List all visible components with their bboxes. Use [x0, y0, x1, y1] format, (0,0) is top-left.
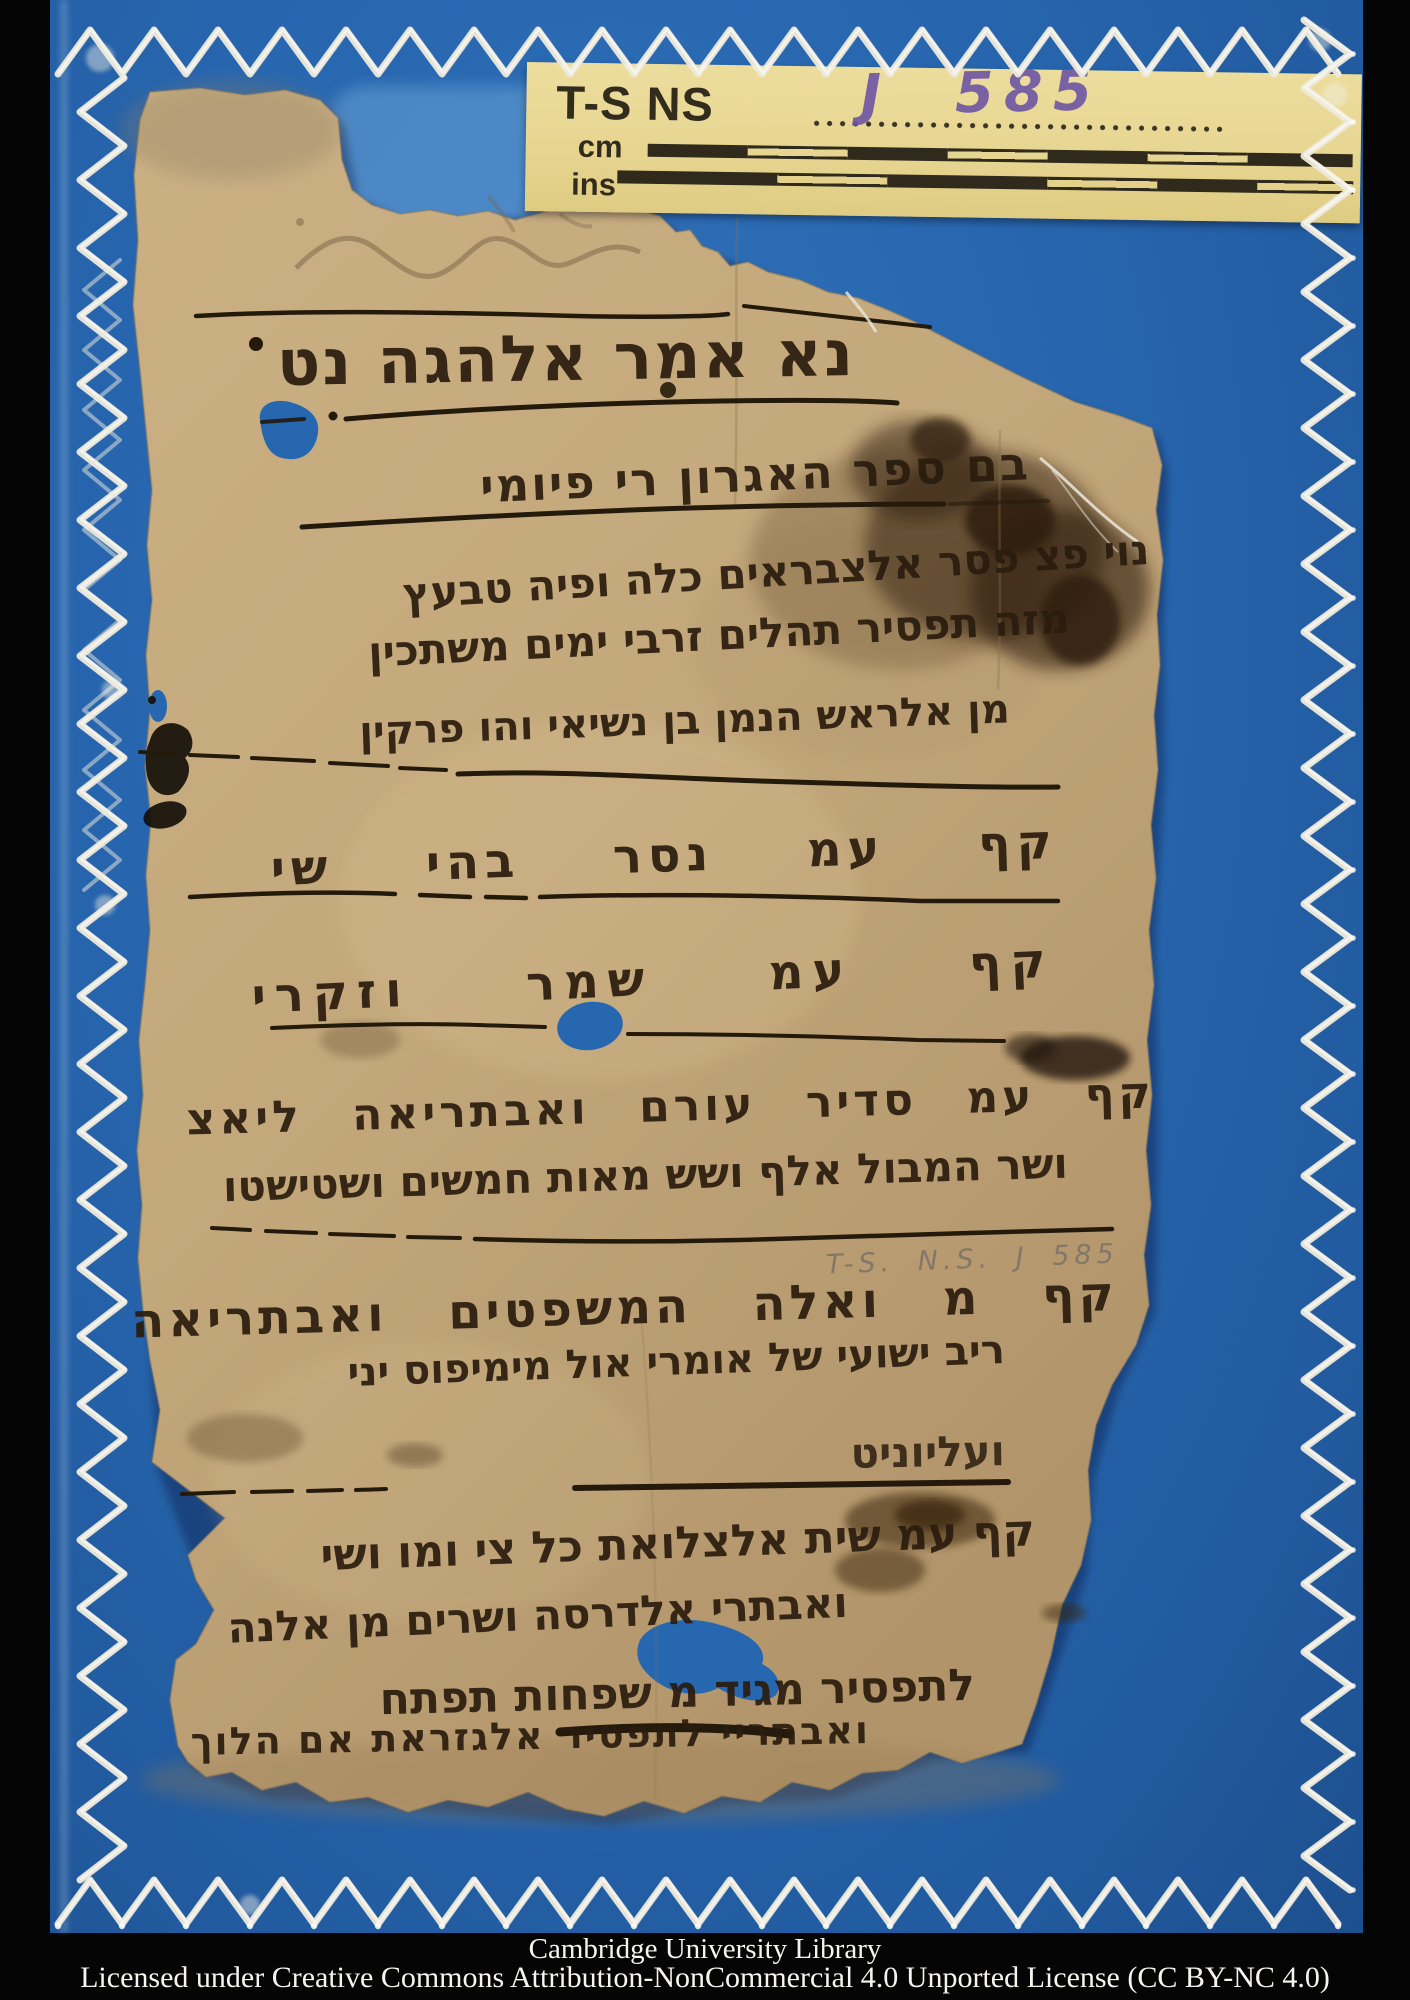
manuscript-line: ועליוניט	[790, 1426, 1006, 1479]
ins-scale-bar	[617, 170, 1353, 195]
scale-segment	[748, 145, 848, 159]
ins-unit-label: ins	[571, 167, 616, 204]
classmark-handwritten: J 585	[860, 58, 1102, 128]
manuscript-line: נא אמר אלהגה נט	[279, 317, 855, 401]
scale-segment	[1257, 180, 1353, 194]
classmark-prefix: T-S NS	[556, 74, 714, 131]
scale-segment	[887, 174, 1047, 189]
cm-unit-label: cm	[577, 129, 622, 166]
scale-segment	[1048, 150, 1148, 164]
scale-segment	[1248, 153, 1353, 168]
scale-segment	[1148, 151, 1248, 165]
scale-segment	[1157, 178, 1257, 192]
scale-segment	[617, 170, 777, 185]
photographed-manuscript: נא אמר אלהגה נט בם ספר האגרון רי פיומי נ…	[0, 0, 1410, 2000]
sleeve-edge-highlight	[60, 0, 68, 1933]
scale-segment	[648, 144, 748, 158]
scale-segment	[948, 148, 1048, 162]
scale-segment	[848, 147, 948, 161]
scale-segment	[777, 173, 887, 188]
classmark-label: T-S NS J 585 cm ins	[525, 62, 1362, 223]
scale-segment	[1047, 177, 1157, 192]
cm-scale-bar	[648, 144, 1353, 168]
caption-license: Licensed under Creative Commons Attribut…	[0, 1961, 1410, 1995]
